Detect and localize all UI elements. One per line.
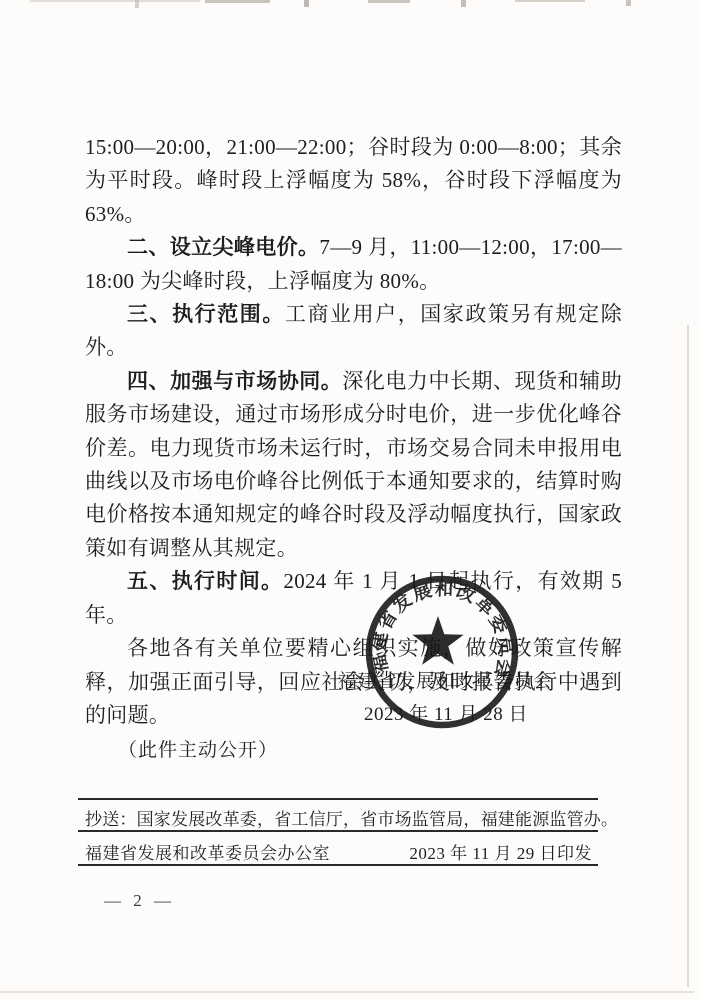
footer-rule — [78, 830, 598, 832]
paragraph: 二、设立尖峰电价。7—9 月，11:00—12:00，17:00—18:00 为… — [85, 231, 622, 298]
page-number: — 2 — — [104, 891, 175, 911]
document-page: 15:00—20:00，21:00—22:00；谷时段为 0:00—8:00；其… — [0, 0, 701, 1000]
scan-artifact — [626, 0, 631, 6]
scan-artifact — [30, 0, 200, 2]
cc-line: 抄送：国家发展改革委，省工信厅，省市场监管局，福建能源监管办。 — [85, 805, 597, 830]
disclosure-note: （此件主动公开） — [118, 735, 278, 762]
section-heading: 四、加强与市场协同。 — [127, 370, 342, 393]
scan-artifact — [135, 0, 139, 8]
section-heading: 二、设立尖峰电价。 — [127, 236, 319, 259]
footer-rule — [78, 798, 598, 800]
star-icon — [412, 616, 463, 665]
paragraph: 四、加强与市场协同。深化电力中长期、现货和辅助服务市场建设，通过市场形成分时电价… — [85, 365, 622, 565]
scan-artifact — [304, 0, 309, 7]
scan-page-edge — [687, 325, 689, 987]
paragraph: 三、执行范围。工商业用户，国家政策另有规定除外。 — [85, 298, 622, 365]
scan-artifact — [205, 0, 270, 3]
scan-page-edge — [0, 991, 694, 993]
paragraph-text: 15:00—20:00，21:00—22:00；谷时段为 0:00—8:00；其… — [85, 135, 622, 226]
section-heading: 三、执行范围。 — [127, 303, 285, 326]
print-date: 2023 年 11 月 29 日印发 — [409, 839, 592, 864]
paragraph: 15:00—20:00，21:00—22:00；谷时段为 0:00—8:00；其… — [85, 131, 622, 231]
document-body: 15:00—20:00，21:00—22:00；谷时段为 0:00—8:00；其… — [85, 131, 622, 732]
official-seal: 福建省发展和改革委员会 — [360, 570, 525, 735]
scan-artifact — [368, 0, 410, 3]
paragraph: 五、执行时间。2024 年 1 月 1 日起执行，有效期 5 年。 — [85, 565, 622, 632]
footer-rule — [78, 864, 598, 866]
scan-artifact — [515, 0, 585, 2]
paragraph-text: 深化电力中长期、现货和辅助服务市场建设，通过市场形成分时电价，进一步优化峰谷价差… — [85, 369, 622, 560]
issuer-office: 福建省发展和改革委员会办公室 — [85, 839, 330, 864]
scan-artifact — [461, 0, 466, 7]
section-heading: 五、执行时间。 — [127, 570, 283, 593]
